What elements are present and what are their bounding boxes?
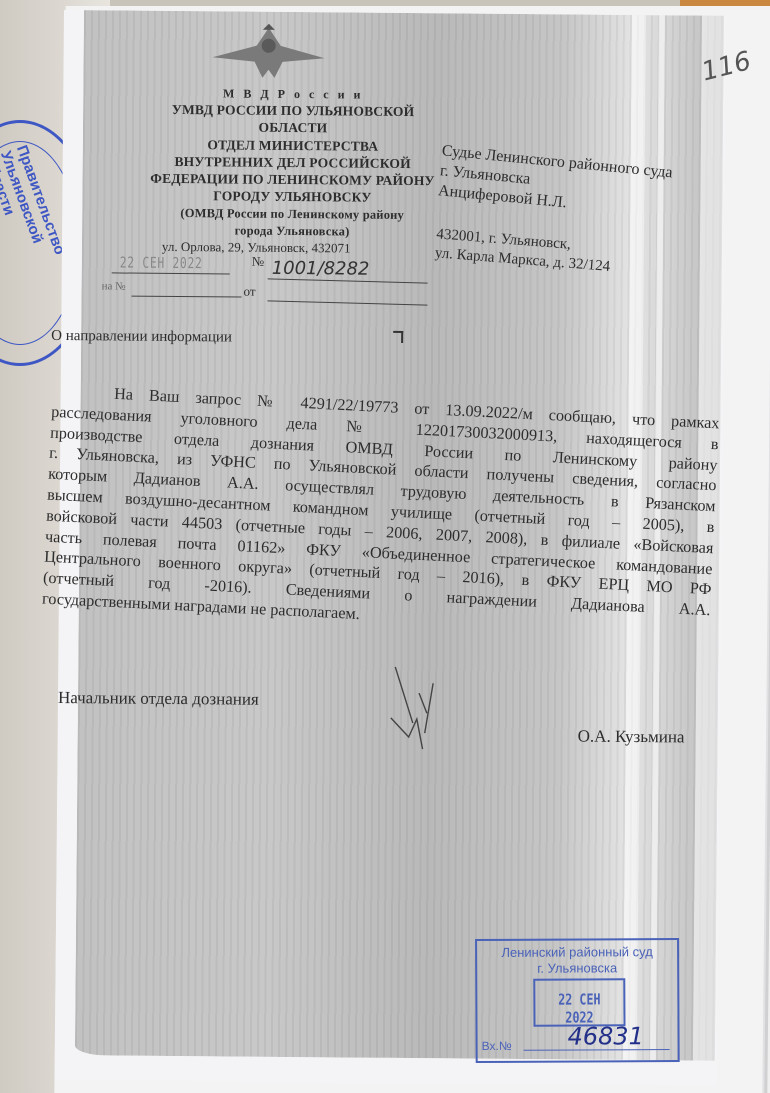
eagle-emblem-icon (208, 23, 328, 80)
scanned-area: М В Д Р о с с и и УМВД РОССИИ ПО УЛЬЯНОВ… (75, 10, 724, 1061)
subject-line: О направлении информации (51, 328, 232, 347)
letter-body: На Ваш запрос № 4291/22/19773 от 13.09.2… (70, 382, 720, 642)
court-stamp-date: 22 СЕН 2022 (548, 990, 611, 1026)
signatory-title: Начальник отдела дознания (58, 688, 259, 710)
from-label: от (243, 284, 255, 300)
document-page: М В Д Р о с с и и УМВД РОССИИ ПО УЛЬЯНОВ… (55, 10, 726, 1086)
letterhead-line: ГОРОДУ УЛЬЯНОВСКУ (142, 187, 442, 207)
on-number-label: на № (102, 280, 126, 292)
recipient-address: 432001, г. Ульяновск, ул. Карла Маркса, … (434, 225, 612, 277)
outgoing-number: 1001/8282 (272, 258, 370, 280)
number-label: № (252, 254, 265, 270)
incoming-label: Вх.№ (482, 1039, 512, 1053)
handwritten-signature (383, 663, 454, 754)
corner-bracket-mark (393, 331, 403, 343)
incoming-number: 46831 (567, 1022, 644, 1050)
letterhead-line: ОБЛАСТИ (143, 118, 443, 138)
outgoing-date-stamp: 22 СЕН 2022 (120, 253, 203, 272)
court-incoming-stamp: Ленинский районный суд г. Ульяновска 22 … (475, 938, 680, 1063)
signatory-name: О.А. Кузьмина (578, 727, 685, 748)
